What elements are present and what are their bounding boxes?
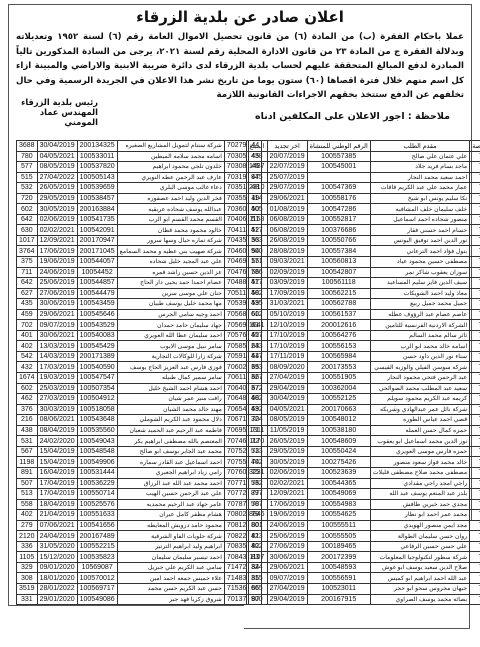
cell-national-id: 100536229 <box>77 478 117 489</box>
table-row: 871217حسام احمد حسني فقار10037668606/08/… <box>247 225 480 236</box>
cell-amount: 402 <box>17 510 38 521</box>
cell-national-id: 100535560 <box>77 425 117 436</box>
cell-seq: 78 <box>249 499 262 510</box>
cell-renewal-date: 09/01/2020 <box>37 562 77 573</box>
cell-national-id: 100543648 <box>77 415 117 426</box>
cell-seq: 87 <box>249 594 262 605</box>
cell-seq: 44 <box>249 141 262 152</box>
cell-national-id: 100538457 <box>77 193 117 204</box>
cell-national-id: 100189465 <box>307 541 370 552</box>
cell-license-number: 70812 <box>224 520 248 531</box>
table-row: 7070671دلال محمود عبد الكريم الشوملي1005… <box>17 415 262 426</box>
cell-applicant-name: شركة سطور لتكنولوجيا المعلومات <box>370 552 469 563</box>
cell-applicant-name: مجدي حمد خيرين طافش <box>370 499 469 510</box>
cell-renewal-date: 16/04/2019 <box>37 467 77 478</box>
table-row: 3871066علي حسن حسين الرفاعي10018946527/0… <box>247 541 480 552</box>
cell-applicant-name: خلدون تلجي محمود ابراهيم <box>117 162 224 173</box>
cell-national-id: 100544365 <box>307 478 370 489</box>
table-row: 6670611سامر سمير كمال طبيله10054754719/0… <box>17 373 262 384</box>
cell-national-id: 100549043 <box>77 436 117 447</box>
cell-license-number: 71452 <box>470 362 480 373</box>
cell-applicant-name: شركه سوسن الفيلي والوزيه القيسي <box>370 362 469 373</box>
cell-license-number: 70539 <box>224 299 248 310</box>
cell-national-id: 100556153 <box>307 341 370 352</box>
cell-applicant-name: شروق زكريا فهد جبر <box>117 594 224 605</box>
cell-renewal-date: 17/10/2019 <box>267 330 307 341</box>
cell-license-number: 71177 <box>470 183 480 194</box>
frame-border <box>244 628 470 629</box>
table-row: 6870648رافت منير عمر شيان10050491227/03/… <box>17 394 262 405</box>
cell-national-id: 100545001 <box>307 162 370 173</box>
cell-amount: 432 <box>17 362 38 373</box>
table-row: 1571328جميل محمد جميل ربيع10056278831/03… <box>247 299 480 310</box>
cell-national-id: 200171389 <box>77 351 117 362</box>
cell-seq: 46 <box>249 162 262 173</box>
cell-license-number: 70760 <box>224 467 248 478</box>
cell-license-number: 70411 <box>224 225 248 236</box>
cell-applicant-name: حمزه فارس موسى العويري <box>370 446 469 457</box>
cell-renewal-date: 24/02/2020 <box>37 436 77 447</box>
cell-applicant-name: حسام احمد حسني فقار <box>370 225 469 236</box>
cell-license-number: 71052 <box>470 520 480 531</box>
table-row: 3971072شركة سطور لتكنولوجيا المعلومات200… <box>247 552 480 563</box>
cell-national-id: 100533011 <box>77 151 117 162</box>
table-row: 3171004مصطفى محمد صلاح مصطفى قليلات10052… <box>247 467 480 478</box>
cell-national-id: 100544857 <box>77 278 117 289</box>
cell-renewal-date: 19/03/2019 <box>37 373 77 384</box>
table-row: 671189خلف سليمان خلف المشاقبه10054728601… <box>247 204 480 215</box>
cell-seq: 71 <box>249 425 262 436</box>
cell-license-number: 70822 <box>224 531 248 542</box>
table-row: 8770137شروق زكريا فهد جبر10054908629/01/… <box>17 594 262 605</box>
cell-national-id: 100362004 <box>307 383 370 394</box>
cell-license-number: 70873 <box>470 394 480 405</box>
cell-renewal-date: 21/04/2019 <box>37 510 77 521</box>
cell-renewal-date: 17/11/2019 <box>267 351 307 362</box>
cell-applicant-name: رامي زياد ابراهيم الجعبري <box>117 467 224 478</box>
cell-renewal-date: 12/10/2019 <box>267 320 307 331</box>
table-row: 1671340عاصم عصام عبد الرؤوف عطله10056153… <box>247 309 480 320</box>
cell-license-number: 70511 <box>224 288 248 299</box>
cell-amount: 402 <box>17 341 38 352</box>
cell-license-number: 70915 <box>470 415 480 426</box>
cell-national-id: 100555511 <box>307 520 370 531</box>
signature-name: المهندس عماد المومني <box>20 107 98 127</box>
cell-national-id: 100545429 <box>77 341 117 352</box>
cell-license-number: 70569 <box>224 320 248 331</box>
cell-amount: 627 <box>17 288 38 299</box>
cell-applicant-name: اسامه خالد محمد ابو الرب <box>370 341 469 352</box>
cell-renewal-date: 30/03/2019 <box>37 404 77 415</box>
cell-applicant-name: صلاح الدين سعيد يوسف ابو غوش <box>370 562 469 573</box>
cell-applicant-name: سامي عبد الكريم علي جبريل <box>117 562 224 573</box>
cell-amount: 1105 <box>17 552 38 563</box>
announcement-title: اعلان صادر عن بلدية الزرقاء <box>0 8 480 26</box>
cell-license-number: 71472 <box>224 562 248 573</box>
cell-license-number: 70994 <box>470 457 480 468</box>
cell-renewal-date: 25/06/2019 <box>267 531 307 542</box>
cell-applicant-name: القسم محمد القسم ابو الرب <box>117 214 224 225</box>
cell-national-id: 100549906 <box>77 457 117 468</box>
table-row: 3271016راجي امجد راجي مقدادي10054436502/… <box>247 478 480 489</box>
cell-renewal-date: 08/05/2019 <box>267 415 307 426</box>
cell-national-id: 100548593 <box>307 562 370 573</box>
cell-license-number: 70906 <box>470 404 480 415</box>
cell-license-number: 71328 <box>470 299 480 310</box>
cell-national-id: 100542091 <box>77 225 117 236</box>
cell-renewal-date: 24/06/2019 <box>37 267 77 278</box>
cell-national-id: 100548012 <box>307 415 370 426</box>
cell-renewal-date: 25/07/2019 <box>267 172 307 183</box>
cell-seq: 65 <box>249 362 262 373</box>
cell-license-number: 71217 <box>470 225 480 236</box>
cell-amount: 1674 <box>17 373 38 384</box>
table-row: 1871371ثائر سالم محمد السالم10056427617/… <box>247 330 480 341</box>
cell-license-number: 70991 <box>470 446 480 457</box>
cell-national-id: 200172399 <box>307 552 370 563</box>
cell-national-id: 100376686 <box>307 225 370 236</box>
cell-applicant-name: سناء نور الدين داود حسن <box>370 351 469 362</box>
cell-applicant-name: علي حسن حسين الرفاعي <box>370 541 469 552</box>
table-row: 7170695فاطمه عبد الرحيم عبد الحميد شعبان… <box>17 425 262 436</box>
cell-renewal-date: 02/02/2021 <box>37 225 77 236</box>
table-row: 6270576احمد سليمان عطا الله العويري10054… <box>17 330 262 341</box>
cell-national-id: 100558176 <box>307 193 370 204</box>
cell-amount: 1017 <box>17 235 38 246</box>
cell-national-id: 100544479 <box>77 288 117 299</box>
cell-applicant-name: مهند خالد محمد الشيان <box>117 404 224 415</box>
cell-national-id: 100557384 <box>307 246 370 257</box>
table-row: 271149ماجد بسام فريد جلاد10054500122/07/… <box>247 162 480 173</box>
cell-seq: 80 <box>249 520 262 531</box>
cell-applicant-name: عصام احمدا حمد يحيى دار الحاج <box>117 278 224 289</box>
cell-national-id: 100531444 <box>77 467 117 478</box>
table-row: 5870511حنان علي موسى سرين10054447927/06/… <box>17 288 262 299</box>
cell-seq: 75 <box>249 467 262 478</box>
table-row: 1171253مصطفى حسين محمود عياد10056081309/… <box>247 257 480 268</box>
cell-amount: 435 <box>17 299 38 310</box>
cell-renewal-date: 12/09/2021 <box>37 235 77 246</box>
table-row: 8471472سامي عبد الكريم علي جبريل10569087… <box>17 562 262 573</box>
cell-amount: 459 <box>17 309 38 320</box>
cell-applicant-name: جيهان مخروس سحو ابو حجر <box>370 583 469 594</box>
cell-amount: 513 <box>17 489 38 500</box>
cell-applicant-name: سامر نبيل موسى الايوب <box>117 341 224 352</box>
cell-applicant-name: احمد سليمان عطا الله العويري <box>117 330 224 341</box>
cell-national-id: 100550424 <box>307 446 370 457</box>
cell-license-number: 70576 <box>224 330 248 341</box>
cell-applicant-name: راجي امجد راجي مقدادي <box>370 478 469 489</box>
table-row: 4470279شركة سنتام لتمويل المشاريع الصغير… <box>17 141 262 152</box>
cell-renewal-date: 17/04/2019 <box>37 478 77 489</box>
table-row: 571185نكا سليم يونس ابو شيخ10055817629/0… <box>247 193 480 204</box>
cell-renewal-date: 02/09/2019 <box>267 267 307 278</box>
cell-amount: 542 <box>17 351 38 362</box>
cell-amount: 630 <box>17 225 38 236</box>
cell-license-number: 71483 <box>224 573 248 584</box>
table-row: 2370864سعيد عبد المطلب محمد الصوالحي1003… <box>247 383 480 394</box>
header-license: رقم الرخصة <box>470 141 480 152</box>
cell-renewal-date: 29/04/2019 <box>267 594 307 605</box>
cell-license-number: 70974 <box>470 436 480 447</box>
cell-national-id: 200170663 <box>307 404 370 415</box>
cell-license-number: 71185 <box>470 193 480 204</box>
cell-license-number: 70772 <box>224 489 248 500</box>
cell-applicant-name: احمد محمد عبد الله عبد الرزاق <box>117 478 224 489</box>
cell-national-id: 100505143 <box>77 172 117 183</box>
table-row: 4670308خلدون تلجي محمود ابراهيم100537820… <box>17 162 262 173</box>
cell-national-id: 100554983 <box>307 499 370 510</box>
cell-national-id: 100548609 <box>307 436 370 447</box>
cell-license-number: 70746 <box>224 436 248 447</box>
cell-applicant-name: مصطفى محمد صلاح مصطفى قليلات <box>370 467 469 478</box>
cell-applicant-name: رافت منير عمر شيان <box>117 394 224 405</box>
cell-renewal-date: 17/10/2019 <box>267 341 307 352</box>
cell-amount: 602 <box>17 204 38 215</box>
cell-license-number: 70268 <box>470 583 480 594</box>
cell-national-id: 100547369 <box>307 183 370 194</box>
cell-license-number: 70351 <box>224 183 248 194</box>
cell-renewal-date: 29/06/2021 <box>37 309 77 320</box>
cell-seq: 62 <box>249 330 262 341</box>
cell-license-number: 70585 <box>224 341 248 352</box>
cell-renewal-date: 17/06/2019 <box>267 499 307 510</box>
cell-amount: 891 <box>17 467 38 478</box>
cell-license-number: 70611 <box>224 373 248 384</box>
table-row: 471177عمار محمد علي عبد الكريم قاقات1005… <box>247 183 480 194</box>
cell-amount: 3688 <box>17 141 38 152</box>
cell-seq: 51 <box>249 214 262 225</box>
cell-applicant-name: حنان علي موسى سرين <box>117 288 224 299</box>
table-row: 2171452شركه سوسن الفيلي والوزيه القيسي20… <box>247 362 480 373</box>
cell-license-number: 70752 <box>224 446 248 457</box>
cell-applicant-name: شركة صهيب بني عطيه و محمد السمامع <box>117 246 224 257</box>
cell-amount: 642 <box>17 278 38 289</box>
table-row: 2570906شركة نائل عمر عبدالهادي وشريكه200… <box>247 404 480 415</box>
cell-national-id: 100549069 <box>307 489 370 500</box>
cell-applicant-name: خالد محمد فواز سعود منصور <box>370 457 469 468</box>
cell-national-id: 200167489 <box>77 531 117 542</box>
cell-applicant-name: عارف عبد الرحمن عطه النويري <box>117 172 224 183</box>
cell-applicant-name: قصي احمد عباس الطوره <box>370 415 469 426</box>
cell-renewal-date: 31/03/2021 <box>267 299 307 310</box>
cell-applicant-name: بصائه محمد يوسف الصراوي <box>370 594 469 605</box>
cell-amount: 558 <box>17 499 38 510</box>
cell-license-number: 71189 <box>470 204 480 215</box>
table-row: 5370435شركة تماره حبال وسها سرور20017094… <box>17 235 262 246</box>
table-row: 2770925حمزه كمال حسن العمله10053818011/0… <box>247 425 480 436</box>
cell-license-number: 71296 <box>470 288 480 299</box>
cell-renewal-date: 30/04/2019 <box>37 141 77 152</box>
cell-amount: 438 <box>17 425 38 436</box>
cell-applicant-name: جهاد سليمان حامد حمدان <box>117 320 224 331</box>
cell-renewal-date: 30/05/2019 <box>37 204 77 215</box>
table-row: 1071246بتول فؤاد احمد الترعاني1005573842… <box>247 246 480 257</box>
cell-renewal-date: 09/07/2019 <box>37 320 77 331</box>
cell-license-number: 70671 <box>224 415 248 426</box>
cell-national-id: 100547547 <box>77 373 117 384</box>
cell-national-id: 100538180 <box>307 425 370 436</box>
cell-license-number: 70771 <box>224 478 248 489</box>
cell-license-number: 70360 <box>224 204 248 215</box>
table-row: 8671536حسن عبد الكريم حسن محمد1005697172… <box>17 583 262 594</box>
cell-amount: 308 <box>17 573 38 584</box>
cell-seq: 70 <box>249 415 262 426</box>
cell-license-number: 70648 <box>224 394 248 405</box>
cell-amount: 336 <box>17 541 38 552</box>
cell-national-id: 100543529 <box>77 320 117 331</box>
cell-national-id: 100549086 <box>77 594 117 605</box>
cell-renewal-date: 27/04/2022 <box>37 172 77 183</box>
cell-license-number: 70435 <box>224 235 248 246</box>
frame-border <box>8 605 244 606</box>
table-row: 4171112عبد الله احمد ابراهيم ابو كميس100… <box>247 573 480 584</box>
cell-applicant-name: هشام مظفر كامل عيران <box>117 510 224 521</box>
cell-national-id: 100561537 <box>307 309 370 320</box>
cell-license-number: 70273 <box>470 594 480 605</box>
cell-renewal-date: 13/03/2019 <box>37 341 77 352</box>
cell-renewal-date: 09/03/2021 <box>267 257 307 268</box>
cell-amount: 375 <box>17 257 38 268</box>
cell-national-id: 200170947 <box>77 235 117 246</box>
cell-applicant-name: شركة نائل عمر عبدالهادي وشريكه <box>370 404 469 415</box>
cell-applicant-name: نور الدين محمد اسماعيل ابو يعقوب <box>370 436 469 447</box>
cell-seq: 69 <box>249 404 262 415</box>
cell-national-id: 100504912 <box>77 394 117 405</box>
cell-license-number: 71536 <box>224 583 248 594</box>
cell-renewal-date: 04/05/2021 <box>267 404 307 415</box>
cell-applicant-name: دعاء غالب موسى البلري <box>117 183 224 194</box>
cell-amount: 602 <box>17 383 38 394</box>
cell-amount: 642 <box>17 214 38 225</box>
table-row: 6770640احمد هشام احمد الشيخ خليل10050735… <box>17 383 262 394</box>
cell-national-id: 100570012 <box>77 573 117 584</box>
cell-renewal-date: 30/06/2019 <box>37 299 77 310</box>
debtors-table-left: 4470279شركة سنتام لتمويل المشاريع الصغير… <box>16 140 262 605</box>
cell-applicant-name: معاذ وليد احمد الشويكات <box>370 288 469 299</box>
cell-seq: 52 <box>249 225 262 236</box>
cell-amount: 3764 <box>17 246 38 257</box>
table-row: 5970539مها محمد خليل يوسف طبيان100543459… <box>17 299 262 310</box>
cell-applicant-name: محمد عبد الجابر يوسف ابو صالح <box>117 446 224 457</box>
cell-national-id: 100535823 <box>77 552 117 563</box>
cell-national-id: 100552215 <box>77 541 117 552</box>
cell-license-number: 70843 <box>224 552 248 563</box>
cell-renewal-date: 08/04/2019 <box>37 425 77 436</box>
cell-license-number: 71100 <box>470 562 480 573</box>
cell-amount: 331 <box>17 594 38 605</box>
cell-amount: 720 <box>17 193 38 204</box>
cell-license-number: 70640 <box>224 383 248 394</box>
cell-seq: 64 <box>249 351 262 362</box>
cell-national-id: 100551633 <box>77 510 117 521</box>
cell-license-number: 70319 <box>224 172 248 183</box>
cell-applicant-name: عامر جهاد عبد الرحيم محمديه <box>117 499 224 510</box>
cell-national-id: 100561118 <box>307 278 370 289</box>
cell-license-number: 71072 <box>470 552 480 563</box>
cell-applicant-name: عمار محمد علي عبد الكريم قاقات <box>370 183 469 194</box>
cell-renewal-date: 29/07/2019 <box>267 183 307 194</box>
cell-renewal-date: 04/05/2021 <box>37 151 77 162</box>
table-row: 7670771احمد محمد عبد الله عبد الرزاق1005… <box>17 478 262 489</box>
cell-license-number: 70852 <box>470 373 480 384</box>
signature-title: رئيس بلدية الزرقاء <box>20 97 98 107</box>
cell-renewal-date: 19/06/2019 <box>267 510 307 521</box>
cell-amount: 515 <box>17 172 38 183</box>
cell-national-id: 100557385 <box>307 151 370 162</box>
cell-applicant-name: عبد الرحمن فتحي محمود النجار <box>370 373 469 384</box>
cell-renewal-date: 02/06/2019 <box>37 214 77 225</box>
cell-national-id <box>307 172 370 183</box>
cell-applicant-name: عاصم عصام عبد الرؤوف عطله <box>370 309 469 320</box>
cell-national-id: 100540083 <box>77 330 117 341</box>
table-row: 7270746المعتصم بالله مصطفى ابراهيم بكر10… <box>17 436 262 447</box>
cell-national-id: 100552817 <box>307 214 370 225</box>
table-row: 2270852عبد الرحمن فتحي محمود النجار10055… <box>247 373 480 384</box>
cell-applicant-name: محمود حامد درويش المعايطه <box>117 520 224 531</box>
cell-applicant-name: علي عبد الرحمن حسين الهيب <box>117 489 224 500</box>
cell-applicant-name: منصور شحاده احمد اسماعيل <box>370 214 469 225</box>
cell-license-number: 70279 <box>224 141 248 152</box>
cell-license-number: 71427 <box>470 351 480 362</box>
cell-national-id: 100525576 <box>77 499 117 510</box>
cell-national-id: 100540590 <box>77 362 117 373</box>
cell-applicant-name: خالود محمود محمد قطان <box>117 225 224 236</box>
table-row: 7770772علي عبد الرحمن حسين الهيب10055071… <box>17 489 262 500</box>
cell-renewal-date: 29/04/2019 <box>267 383 307 394</box>
cell-applicant-name: علي عثمان علي صالح <box>370 151 469 162</box>
cell-national-id: 100560813 <box>307 257 370 268</box>
cell-national-id: 200167915 <box>307 594 370 605</box>
cell-applicant-name: اسامه محمد سلامه الميطين <box>117 151 224 162</box>
table-row: 371159احمد سعيد محمد النجار25/07/2019945 <box>247 172 480 183</box>
cell-national-id: 100562215 <box>307 288 370 299</box>
cell-amount: 567 <box>17 446 38 457</box>
cell-applicant-name: ماجد بسام فريد جلاد <box>370 162 469 173</box>
cell-license-number: 71204 <box>470 214 480 225</box>
cell-national-id: 100550714 <box>77 489 117 500</box>
table-row: 5070360عبدالله يوسف شحاده عريقيه20016388… <box>17 204 262 215</box>
cell-national-id: 100551905 <box>307 373 370 384</box>
cell-national-id: 200163884 <box>77 204 117 215</box>
table-row: 971242نور الدين احمد توفيق اليونس1005507… <box>247 235 480 246</box>
cell-applicant-name: ابراهيم وليد ابراهيم الترتير <box>117 541 224 552</box>
cell-applicant-name: شركة زارا للوكالات التجارية <box>117 351 224 362</box>
cell-seq: 77 <box>249 489 262 500</box>
cell-renewal-date: 18/01/2020 <box>37 573 77 584</box>
cell-renewal-date: 07/06/2021 <box>37 520 77 531</box>
cell-national-id: 100555505 <box>307 531 370 542</box>
cell-renewal-date: 27/06/2019 <box>37 288 77 299</box>
table-row: 6170569جهاد سليمان حامد حمدان10054352909… <box>17 320 262 331</box>
cell-applicant-name: احمد هشام احمد الشيخ خليل <box>117 383 224 394</box>
cell-seq: 68 <box>249 394 262 405</box>
cell-renewal-date: 14/03/2019 <box>37 351 77 362</box>
cell-amount: 2120 <box>17 531 38 542</box>
cell-national-id: 100543459 <box>77 299 117 310</box>
cell-applicant-name: فوزي فارس عبد العزيز الحاج يوسف <box>117 362 224 373</box>
cell-license-number: 71066 <box>470 541 480 552</box>
cell-applicant-name: شركة تماره حبال وسها سرور <box>117 235 224 246</box>
frame-border <box>8 520 9 605</box>
table-row: 1271257سوزان يعقوب شاكر نمر10054280702/0… <box>247 267 480 278</box>
cell-seq: 73 <box>249 446 262 457</box>
table-row: 4970355فخر الدين وليد احمد عصفوره1005384… <box>17 193 262 204</box>
cell-renewal-date: 26/08/2019 <box>267 235 307 246</box>
cell-applicant-name: عبدالله يوسف شحاده عريقيه <box>117 204 224 215</box>
cell-license-number: 71259 <box>470 278 480 289</box>
cell-license-number: 70305 <box>224 151 248 162</box>
